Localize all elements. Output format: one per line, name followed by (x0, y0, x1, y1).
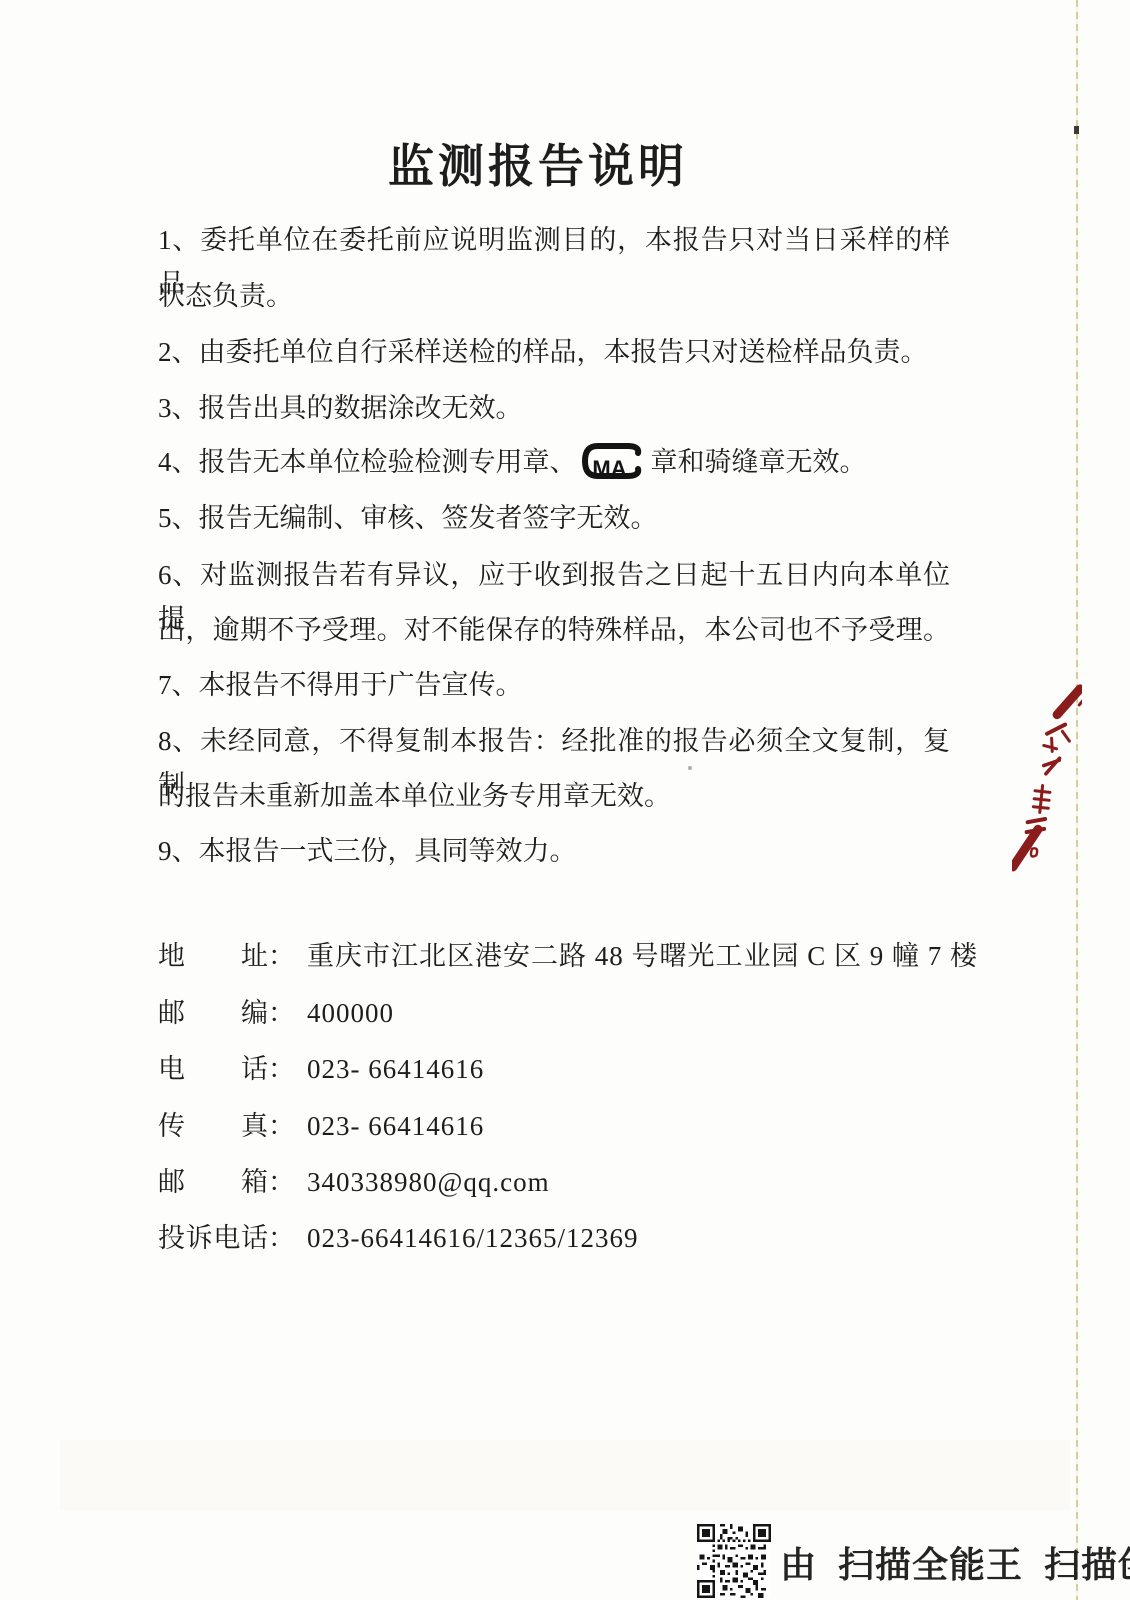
contact-colon: ： (268, 1104, 295, 1148)
contact-value-zip: 400000 (307, 998, 394, 1028)
note-4-text-before: 4、报告无本单位检验检测专用章、 (158, 447, 577, 477)
contact-row-address: 地址：重庆市江北区港安二路 48 号曙光工业园 C 区 9 幢 7 楼 (158, 934, 978, 978)
note-2: 2、由委托单位自行采样送检的样品，本报告只对送检样品负责。 (158, 330, 950, 374)
page-title: 监测报告说明 (388, 130, 688, 196)
note-4: 4、报告无本单位检验检测专用章、 MA章和骑缝章无效。 (158, 440, 950, 484)
note-6-line-2: 出，逾期不予受理。对不能保存的特殊样品，本公司也不予受理。 (158, 608, 950, 652)
contact-value-phone: 023- 66414616 (307, 1054, 484, 1084)
contact-value-email: 340338980@qq.com (307, 1167, 550, 1197)
red-seal-fragment-icon (1012, 672, 1082, 892)
scanner-credit-text: 由 扫描全能王 扫描创建 (780, 1537, 1130, 1588)
scanned-document-page: 监测报告说明 1、委托单位在委托前应说明监测目的，本报告只对当日采样的样品 状态… (0, 0, 1130, 1600)
contact-colon: ： (268, 1216, 295, 1260)
contact-label-zip: 邮编 (158, 991, 268, 1035)
contact-colon: ： (268, 991, 295, 1035)
contact-label-fax: 传真 (158, 1104, 268, 1148)
note-1-line-2: 状态负责。 (158, 274, 950, 318)
contact-label-address: 地址 (158, 934, 268, 978)
contact-colon: ： (268, 1160, 295, 1204)
contact-label-phone: 电话 (158, 1047, 268, 1091)
scan-noise-band (60, 1440, 1070, 1510)
page-edge-mark (1074, 126, 1079, 134)
note-5: 5、报告无编制、审核、签发者签字无效。 (158, 496, 950, 540)
scan-speck (688, 766, 692, 770)
contact-row-zip: 邮编：400000 (158, 991, 978, 1035)
note-3: 3、报告出具的数据涂改无效。 (158, 386, 950, 430)
contact-label-complaint-phone: 投诉电话 (158, 1216, 268, 1260)
note-9: 9、本报告一式三份，具同等效力。 (158, 829, 950, 873)
contact-row-email: 邮箱：340338980@qq.com (158, 1160, 978, 1204)
qr-code (697, 1524, 771, 1598)
cma-accreditation-logo: MA (581, 440, 643, 482)
contact-value-address: 重庆市江北区港安二路 48 号曙光工业园 C 区 9 幢 7 楼 (307, 941, 978, 971)
contact-row-phone: 电话：023- 66414616 (158, 1047, 978, 1091)
note-4-text-after: 章和骑缝章无效。 (651, 447, 867, 477)
contact-value-fax: 023- 66414616 (307, 1111, 484, 1141)
contact-colon: ： (268, 1047, 295, 1091)
note-8-line-2: 的报告未重新加盖本单位业务专用章无效。 (158, 774, 950, 818)
contact-row-complaint-phone: 投诉电话：023-66414616/12365/12369 (158, 1216, 978, 1260)
contact-row-fax: 传真：023- 66414616 (158, 1104, 978, 1148)
contact-label-email: 邮箱 (158, 1160, 268, 1204)
contact-value-complaint-phone: 023-66414616/12365/12369 (307, 1223, 639, 1253)
note-7: 7、本报告不得用于广告宣传。 (158, 663, 950, 707)
contact-colon: ： (268, 934, 295, 978)
cma-logo-text: MA (588, 447, 632, 491)
